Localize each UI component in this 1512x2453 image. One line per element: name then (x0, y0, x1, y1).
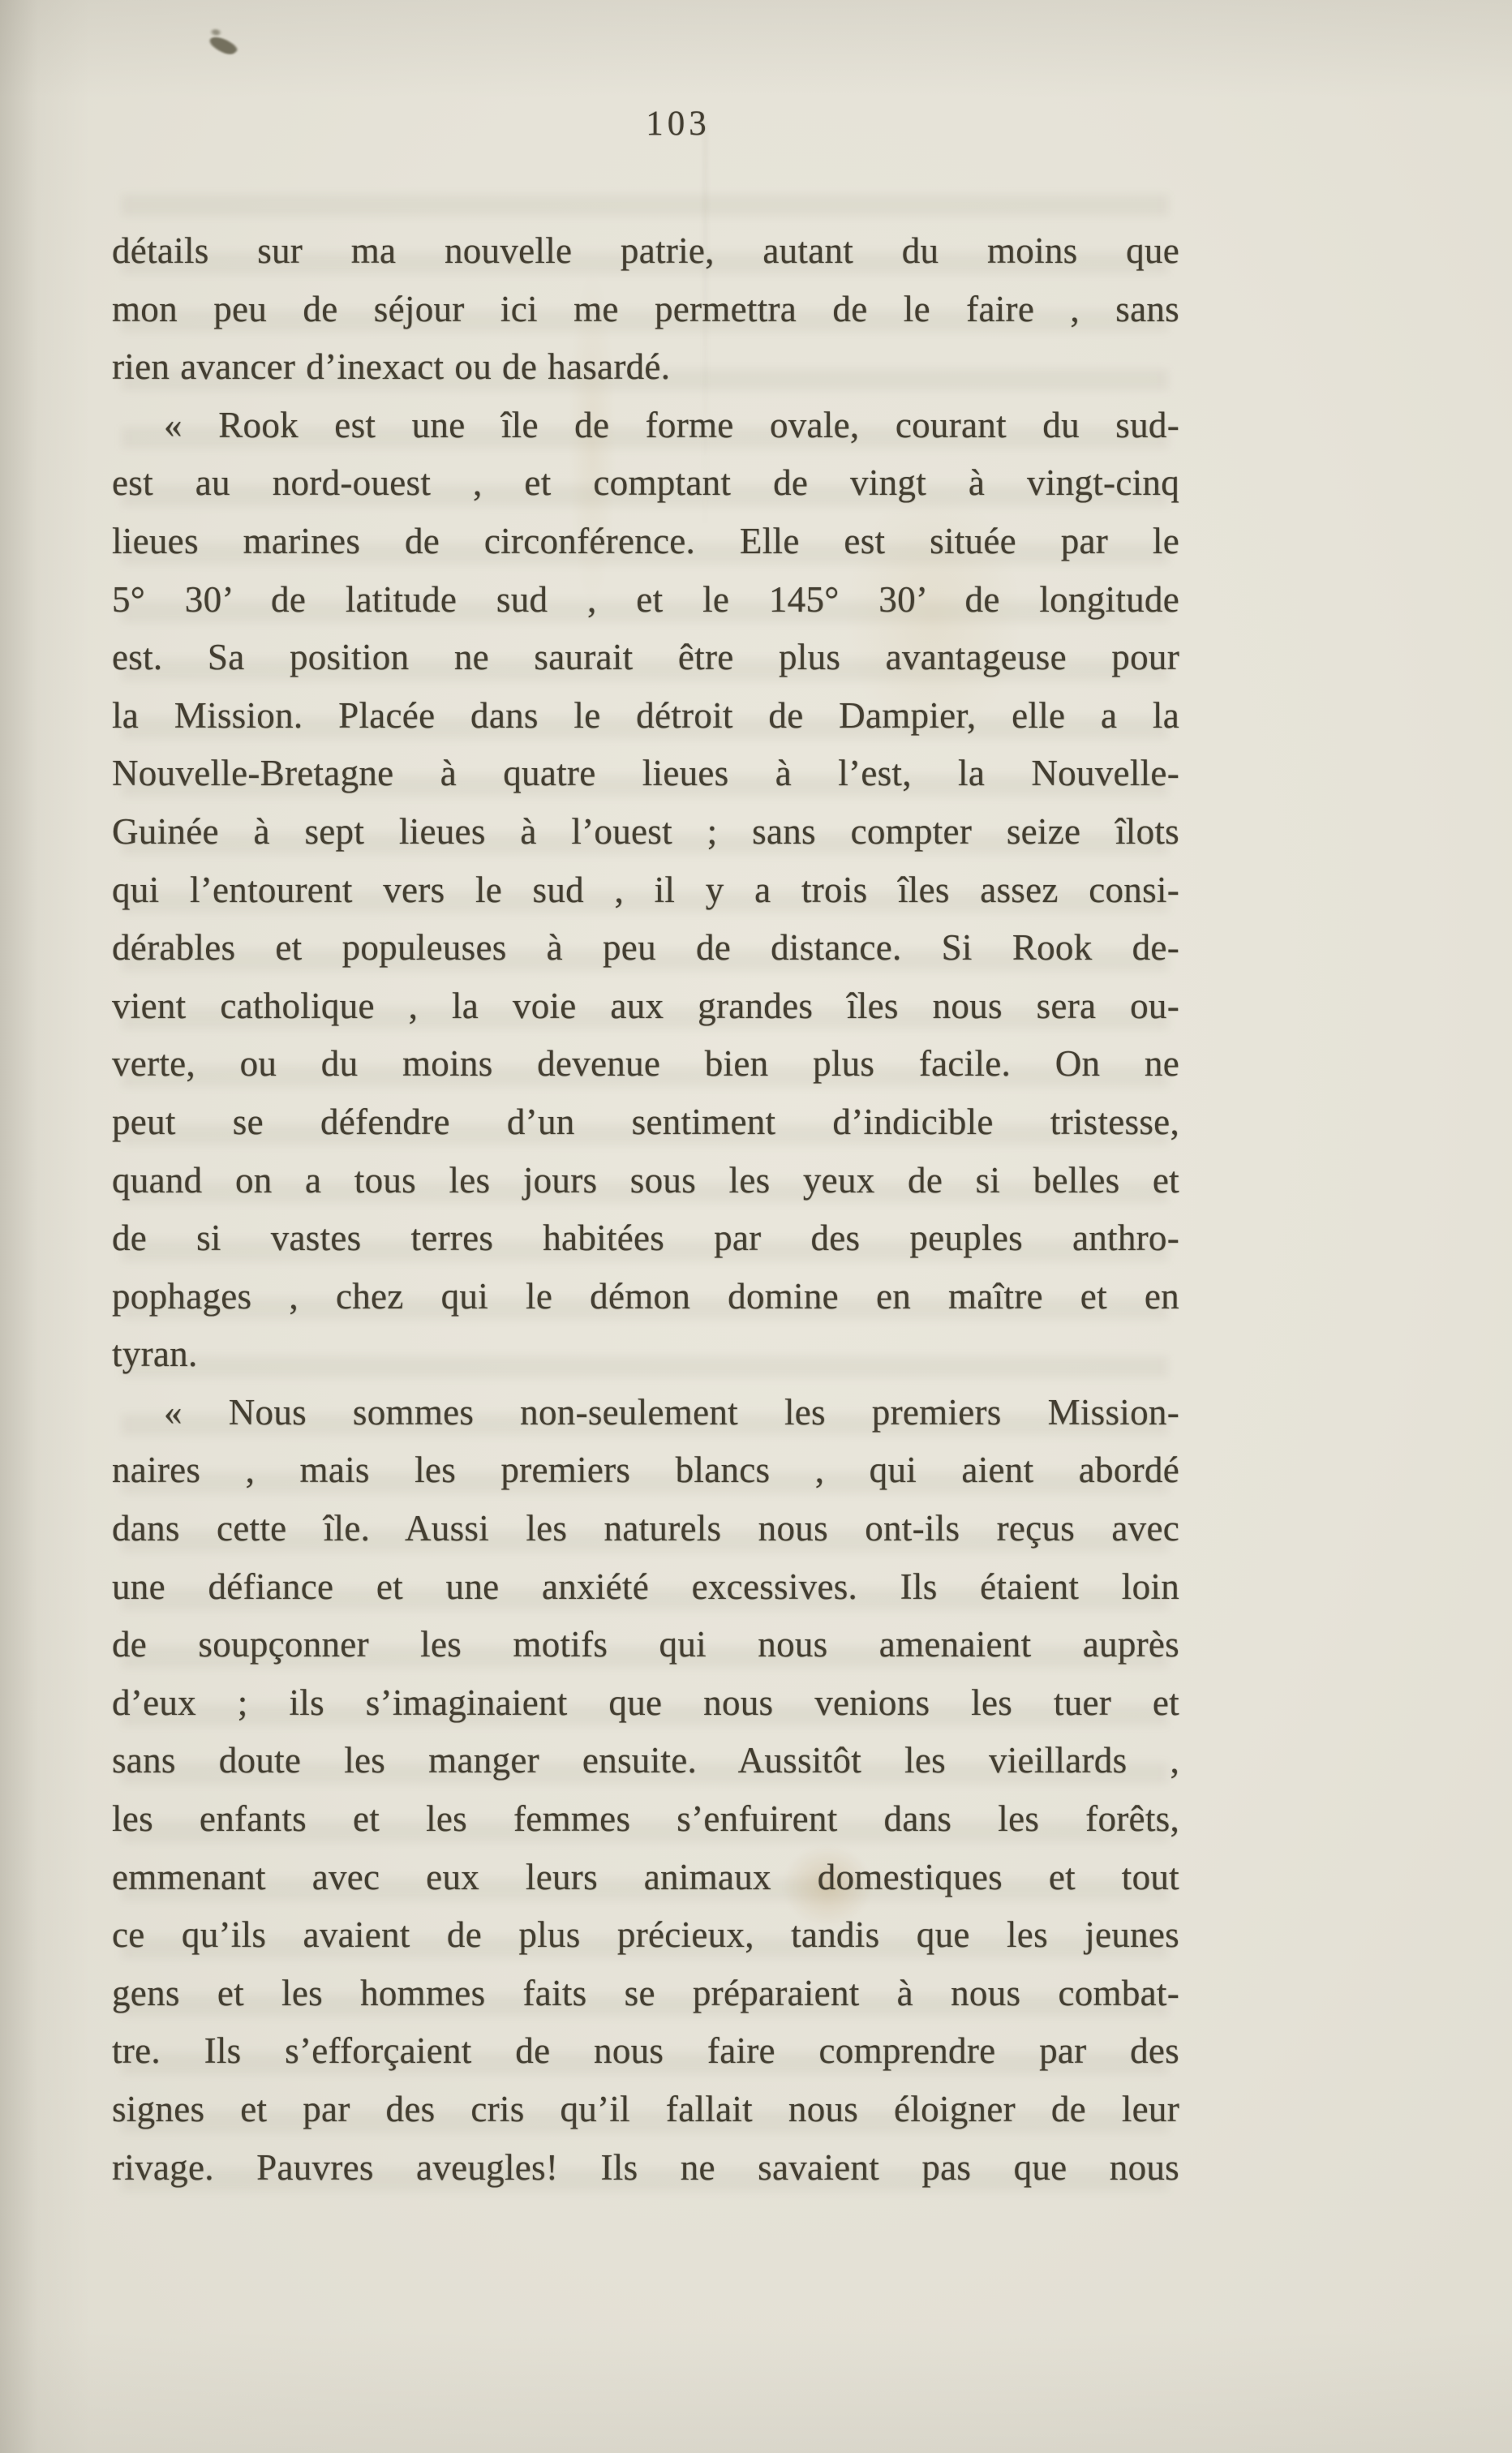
text-line: tyran. (112, 1325, 1179, 1384)
book-page: 103 détails sur ma nouvelle patrie, auta… (0, 0, 1512, 2453)
paragraph: « Rook est une île de forme ovale, coura… (112, 397, 1179, 1384)
text-line: Guinée à sept lieues à l’ouest ; sans co… (112, 803, 1179, 861)
text-line: ce qu’ils avaient de plus précieux, tand… (112, 1906, 1179, 1965)
text-line: rien avancer d’inexact ou de hasardé. (112, 338, 1179, 397)
page-text: détails sur ma nouvelle patrie, autant d… (112, 222, 1179, 2197)
text-line: détails sur ma nouvelle patrie, autant d… (112, 222, 1179, 281)
text-line: de si vastes terres habitées par des peu… (112, 1209, 1179, 1268)
text-line: peut se défendre d’un sentiment d’indici… (112, 1093, 1179, 1152)
text-line: mon peu de séjour ici me permettra de le… (112, 281, 1179, 339)
text-line: la Mission. Placée dans le détroit de Da… (112, 687, 1179, 745)
text-line: d’eux ; ils s’imaginaient que nous venio… (112, 1674, 1179, 1733)
page-number: 103 (646, 104, 711, 144)
text-line: est. Sa position ne saurait être plus av… (112, 629, 1179, 687)
text-line: est au nord-ouest , et comptant de vingt… (112, 454, 1179, 513)
text-line: 5° 30’ de latitude sud , et le 145° 30’ … (112, 571, 1179, 629)
text-line: signes et par des cris qu’il fallait nou… (112, 2081, 1179, 2139)
text-line: lieues marines de circonférence. Elle es… (112, 513, 1179, 571)
text-line: dérables et populeuses à peu de distance… (112, 919, 1179, 977)
text-line: verte, ou du moins devenue bien plus fac… (112, 1035, 1179, 1093)
text-line: « Rook est une île de forme ovale, coura… (112, 397, 1179, 455)
text-line: naires , mais les premiers blancs , qui … (112, 1441, 1179, 1500)
text-line: « Nous sommes non-seulement les premiers… (112, 1384, 1179, 1442)
text-line: vient catholique , la voie aux grandes î… (112, 977, 1179, 1036)
text-line: Nouvelle-Bretagne à quatre lieues à l’es… (112, 745, 1179, 803)
text-line: une défiance et une anxiété excessives. … (112, 1558, 1179, 1617)
text-line: quand on a tous les jours sous les yeux … (112, 1152, 1179, 1210)
text-line: sans doute les manger ensuite. Aussitôt … (112, 1732, 1179, 1790)
text-line: tre. Ils s’efforçaient de nous faire com… (112, 2022, 1179, 2081)
text-line: qui l’entourent vers le sud , il y a tro… (112, 861, 1179, 920)
ink-mark-icon (206, 34, 240, 58)
text-line: pophages , chez qui le démon domine en m… (112, 1268, 1179, 1326)
text-line: rivage. Pauvres aveugles! Ils ne savaien… (112, 2139, 1179, 2197)
text-line: les enfants et les femmes s’enfuirent da… (112, 1790, 1179, 1849)
paragraph: détails sur ma nouvelle patrie, autant d… (112, 222, 1179, 397)
text-line: dans cette île. Aussi les naturels nous … (112, 1500, 1179, 1558)
text-line: de soupçonner les motifs qui nous amenai… (112, 1616, 1179, 1674)
text-line: gens et les hommes faits se préparaient … (112, 1965, 1179, 2023)
paragraph: « Nous sommes non-seulement les premiers… (112, 1384, 1179, 2197)
text-line: emmenant avec eux leurs animaux domestiq… (112, 1849, 1179, 1907)
